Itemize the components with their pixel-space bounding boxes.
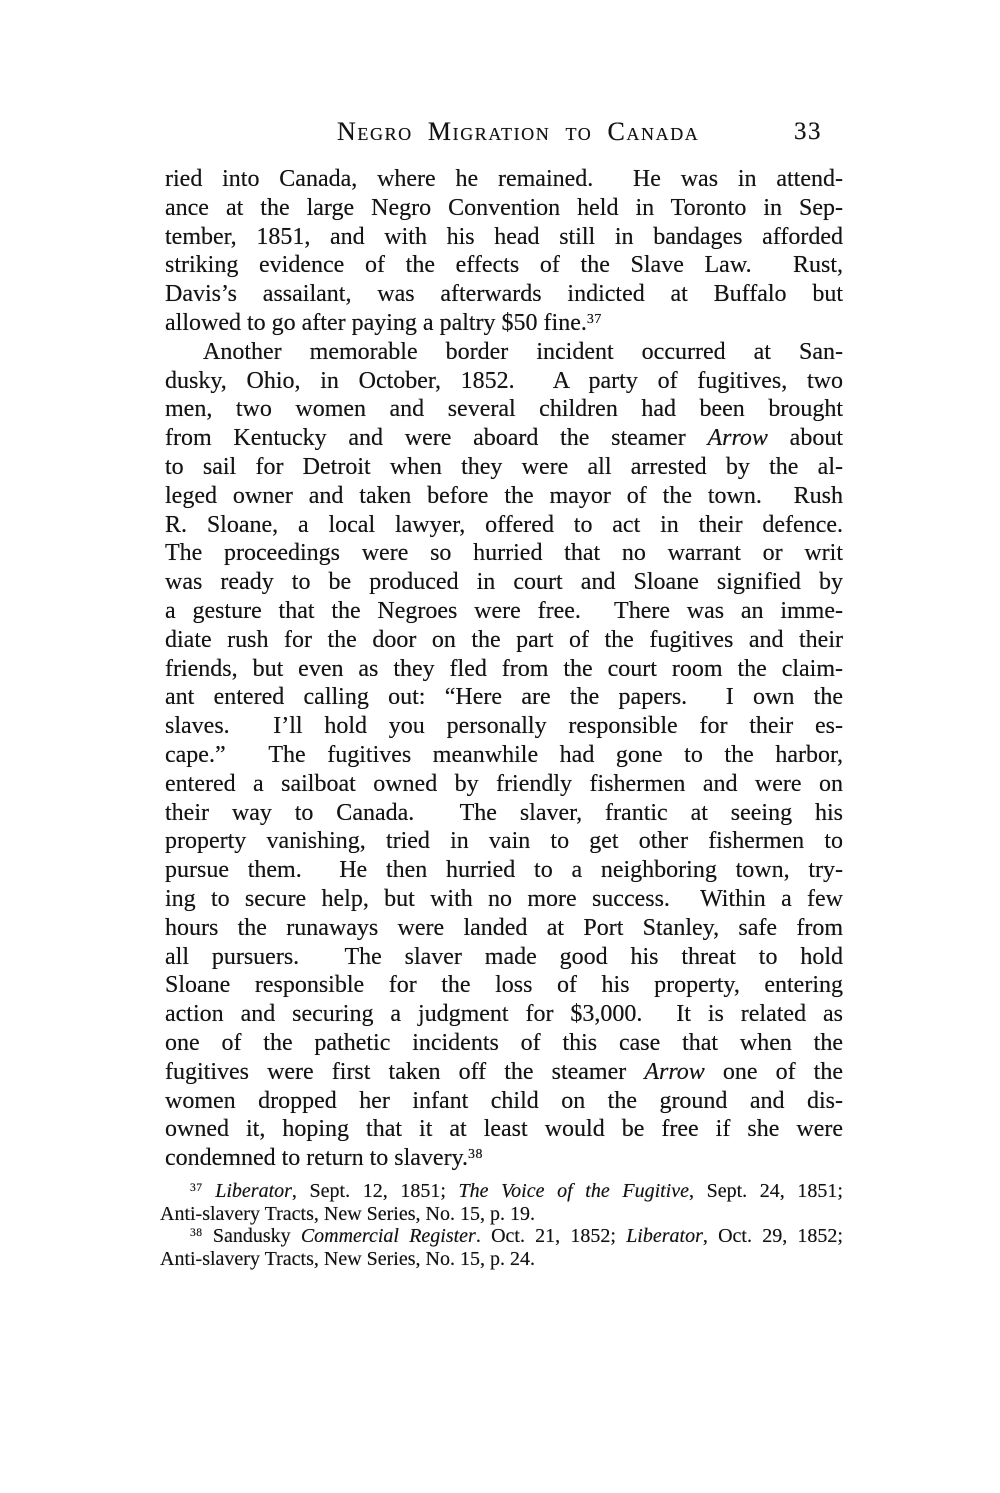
italic-text: Liberator (215, 1180, 292, 1202)
text-segment: R. Sloane, a local lawyer, offered to ac… (165, 512, 843, 538)
footnote-line: Anti-slavery Tracts, New Series, No. 15,… (160, 1203, 843, 1226)
text-segment: was ready to be produced in court and Sl… (165, 569, 843, 595)
text-segment: to sail for Detroit when they were all a… (165, 454, 843, 480)
body-text-line: men, two women and several children had … (165, 395, 843, 424)
text-segment: action and securing a judgment for $3,00… (165, 1001, 843, 1027)
text-segment: property vanishing, tried in vain to get… (165, 828, 843, 854)
body-text-line: entered a sailboat owned by friendly fis… (165, 770, 843, 799)
body-text-line: to sail for Detroit when they were all a… (165, 453, 843, 482)
text-segment: ing to secure help, but with no more suc… (165, 886, 843, 912)
body-text-line: striking evidence of the effects of the … (165, 251, 843, 280)
text-segment: slaves. I’ll hold you personally respons… (165, 713, 843, 739)
body-text-line: ried into Canada, where he remained. He … (165, 165, 843, 194)
body-text-line: action and securing a judgment for $3,00… (165, 1000, 843, 1029)
text-segment: their way to Canada. The slaver, frantic… (165, 800, 843, 826)
text-segment: diate rush for the door on the part of t… (165, 627, 843, 653)
text-segment: ance at the large Negro Convention held … (165, 195, 843, 221)
body-text-line: cape.” The fugitives meanwhile had gone … (165, 741, 843, 770)
body-text-line: their way to Canada. The slaver, frantic… (165, 799, 843, 828)
text-segment: hours the runaways were landed at Port S… (165, 915, 843, 941)
body-text-line: all pursuers. The slaver made good his t… (165, 943, 843, 972)
text-segment: owned it, hoping that it at least would … (165, 1116, 843, 1142)
body-text-line: ance at the large Negro Convention held … (165, 194, 843, 223)
text-segment: cape.” The fugitives meanwhile had gone … (165, 742, 843, 768)
italic-text: Arrow (644, 1059, 704, 1085)
body-text-line: hours the runaways were landed at Port S… (165, 914, 843, 943)
text-segment: fugitives were first taken off the steam… (165, 1059, 644, 1085)
text-segment: dusky, Ohio, in October, 1852. A party o… (165, 368, 843, 394)
text-segment: , Sept. 24, 1851; (689, 1180, 843, 1202)
footnote-marker: 38 (468, 1147, 483, 1162)
body-text: ried into Canada, where he remained. He … (165, 165, 843, 1173)
footnote-marker: 38 (190, 1226, 203, 1239)
body-text-line: fugitives were first taken off the steam… (165, 1058, 843, 1087)
body-text-line: a gesture that the Negroes were free. Th… (165, 597, 843, 626)
body-text-line: ant entered calling out: “Here are the p… (165, 683, 843, 712)
text-segment: The proceedings were so hurried that no … (165, 540, 843, 566)
body-text-line: allowed to go after paying a paltry $50 … (165, 309, 843, 338)
text-segment: one of the (705, 1059, 843, 1085)
body-text-line: from Kentucky and were aboard the steame… (165, 424, 843, 453)
footnote-line: 38 Sandusky Commercial Register. Oct. 21… (160, 1225, 843, 1248)
body-text-line: condemned to return to slavery.38 (165, 1144, 843, 1173)
text-segment: Sandusky (203, 1225, 301, 1247)
body-text-line: was ready to be produced in court and Sl… (165, 568, 843, 597)
body-text-line: pursue them. He then hurried to a neighb… (165, 856, 843, 885)
text-segment: ried into Canada, where he remained. He … (165, 166, 843, 192)
text-segment: pursue them. He then hurried to a neighb… (165, 857, 843, 883)
body-text-line: friends, but even as they fled from the … (165, 655, 843, 684)
text-segment: , Oct. 29, 1852; (703, 1225, 843, 1247)
body-text-line: R. Sloane, a local lawyer, offered to ac… (165, 511, 843, 540)
body-text-line: Sloane responsible for the loss of his p… (165, 971, 843, 1000)
text-segment: a gesture that the Negroes were free. Th… (165, 598, 843, 624)
running-title: Negro Migration to Canada (337, 118, 699, 145)
body-text-line: slaves. I’ll hold you personally respons… (165, 712, 843, 741)
text-segment: men, two women and several children had … (165, 396, 843, 422)
body-text-line: diate rush for the door on the part of t… (165, 626, 843, 655)
body-text-line: owned it, hoping that it at least would … (165, 1115, 843, 1144)
italic-text: The Voice of the Fugitive (459, 1180, 689, 1202)
body-text-line: one of the pathetic incidents of this ca… (165, 1029, 843, 1058)
footnote-section: 37 Liberator, Sept. 12, 1851; The Voice … (160, 1180, 843, 1270)
text-segment: striking evidence of the effects of the … (165, 252, 843, 278)
footnote-marker: 37 (587, 312, 602, 327)
text-segment: women dropped her infant child on the gr… (165, 1088, 843, 1114)
text-segment: Another memorable border incident occurr… (203, 339, 843, 365)
page-number: 33 (794, 118, 822, 145)
text-segment: Davis’s assailant, was afterwards indict… (165, 281, 843, 307)
italic-text: Liberator (626, 1225, 703, 1247)
text-segment: one of the pathetic incidents of this ca… (165, 1030, 843, 1056)
book-page: Negro Migration to Canada 33 ried into C… (0, 0, 1000, 1493)
text-segment: Sloane responsible for the loss of his p… (165, 972, 843, 998)
text-segment: . Oct. 21, 1852; (476, 1225, 626, 1247)
body-text-line: Another memorable border incident occurr… (165, 338, 843, 367)
text-segment: from Kentucky and were aboard the steame… (165, 425, 707, 451)
body-text-line: ing to secure help, but with no more suc… (165, 885, 843, 914)
body-text-line: women dropped her infant child on the gr… (165, 1087, 843, 1116)
footnote-line: Anti-slavery Tracts, New Series, No. 15,… (160, 1248, 843, 1271)
text-segment: tember, 1851, and with his head still in… (165, 224, 843, 250)
text-segment: Anti-slavery Tracts, New Series, No. 15,… (160, 1248, 535, 1270)
body-text-line: tember, 1851, and with his head still in… (165, 223, 843, 252)
text-segment: Anti-slavery Tracts, New Series, No. 15,… (160, 1203, 535, 1225)
text-segment (203, 1180, 216, 1202)
text-segment: about (768, 425, 843, 451)
text-segment: leged owner and taken before the mayor o… (165, 483, 843, 509)
body-text-line: The proceedings were so hurried that no … (165, 539, 843, 568)
body-text-line: Davis’s assailant, was afterwards indict… (165, 280, 843, 309)
text-segment: , Sept. 12, 1851; (292, 1180, 459, 1202)
footnote-marker: 37 (190, 1181, 203, 1194)
text-segment: ant entered calling out: “Here are the p… (165, 684, 843, 710)
text-segment: friends, but even as they fled from the … (165, 656, 843, 682)
body-text-line: dusky, Ohio, in October, 1852. A party o… (165, 367, 843, 396)
text-segment: allowed to go after paying a paltry $50 … (165, 310, 587, 336)
italic-text: Arrow (707, 425, 767, 451)
italic-text: Commercial Register (301, 1225, 476, 1247)
text-segment: all pursuers. The slaver made good his t… (165, 944, 843, 970)
body-text-line: property vanishing, tried in vain to get… (165, 827, 843, 856)
body-text-line: leged owner and taken before the mayor o… (165, 482, 843, 511)
footnote-line: 37 Liberator, Sept. 12, 1851; The Voice … (160, 1180, 843, 1203)
text-segment: condemned to return to slavery. (165, 1145, 468, 1171)
text-segment: entered a sailboat owned by friendly fis… (165, 771, 843, 797)
